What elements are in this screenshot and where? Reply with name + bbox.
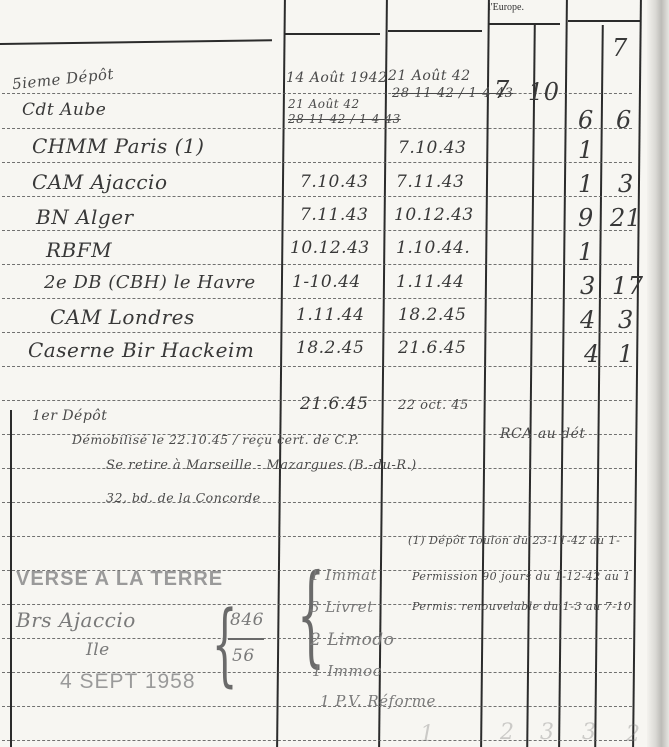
date-from: 21 Août 42 — [288, 97, 360, 111]
date-from: 1.11.44 — [296, 305, 364, 325]
unit-name: 2e DB (CBH) le Havre — [44, 272, 256, 293]
header-rule — [284, 33, 380, 35]
fraction-top: 846 — [230, 610, 264, 630]
demob-line: Démobilisé le 22.10.45 / reçu cert. de C… — [72, 432, 359, 447]
count-c4: 3 — [618, 306, 634, 334]
count-c3: 9 — [578, 204, 594, 232]
page-binding-shadow — [647, 0, 669, 747]
unit-name: Caserne Bir Hackeim — [28, 338, 254, 362]
unit-name: Cdt Aube — [22, 100, 106, 120]
row-line — [2, 706, 632, 707]
first-depot-label: 1er Dépôt — [32, 408, 107, 424]
date-to: 21 Août 42 — [388, 68, 471, 84]
first-depot-from: 21.6.45 — [300, 394, 368, 414]
date-from: 7.10.43 — [300, 172, 368, 192]
date-from: 18.2.45 — [296, 338, 364, 358]
count-c4: 6 — [616, 106, 632, 134]
count-c3: 1 — [578, 170, 594, 198]
date-to: 10.12.43 — [394, 205, 474, 225]
column-divider — [632, 0, 641, 747]
row-line — [2, 298, 632, 299]
first-depot-note: RCA au dét — [500, 426, 586, 442]
unit-name: 5ieme Dépôt — [11, 65, 114, 94]
address-line: Se retire à Marseille - Mazargues (B.-du… — [106, 458, 417, 473]
date-to: 1.10.44. — [396, 238, 470, 258]
count-c3: 4 — [584, 340, 600, 368]
row-line — [2, 502, 632, 503]
office-name: Brs Ajaccio — [16, 608, 136, 632]
count-c2: 10 — [528, 78, 560, 106]
faded-mark: 3 — [582, 720, 597, 745]
unit-name: CAM Londres — [50, 305, 195, 329]
unit-name: BN Alger — [36, 205, 134, 229]
header-rule — [488, 23, 560, 25]
count-c3: 3 — [580, 272, 596, 300]
row-line — [2, 264, 632, 265]
footnote: Permis. renouvelable du 1-3 au 7-10 — [412, 600, 631, 613]
register-page: l'Europe. 5ieme Dépôt Cdt Aube CHMM Pari… — [0, 0, 669, 747]
document-item: 2 Limodo — [310, 630, 394, 650]
office-sub: Ile — [86, 640, 110, 660]
faded-mark: 2 — [500, 720, 515, 745]
date-to: 18.2.45 — [398, 305, 466, 325]
address-street: 32, bd. de la Concorde — [106, 490, 261, 505]
count-c3: 1 — [578, 238, 594, 266]
document-item: 3 Livret — [310, 598, 374, 616]
count-c1: 7 — [494, 76, 510, 104]
document-item: 1 Immoc — [312, 662, 382, 680]
unit-name: RBFM — [46, 238, 112, 262]
header-rule — [388, 30, 482, 32]
row-line — [2, 162, 632, 163]
footnote: Permission 90 jours du 1-12-42 au 1 — [412, 570, 631, 583]
date-from: 28-11-42 / 1-4-43 — [288, 112, 401, 126]
first-depot-to: 22 oct. 45 — [398, 398, 469, 413]
row-line — [2, 196, 632, 197]
count-c4: 3 — [618, 170, 634, 198]
count-c4: 1 — [618, 340, 634, 368]
faded-mark: 2 — [626, 722, 641, 747]
column-divider — [276, 0, 285, 747]
count-c4: 7 — [612, 34, 628, 62]
archive-stamp: VERSE A LA TERRE — [16, 568, 223, 591]
row-line — [2, 366, 632, 367]
date-to: 7.10.43 — [398, 138, 466, 158]
count-c3: 1 — [578, 136, 594, 164]
faded-mark: 3 — [540, 720, 555, 745]
unit-name: CHMM Paris (1) — [32, 134, 204, 158]
count-c4: 21 — [610, 204, 642, 232]
left-brace: { — [212, 592, 238, 697]
document-item: 1 P.V. Réforme — [320, 692, 436, 710]
date-from: 10.12.43 — [290, 238, 370, 258]
count-c3: 4 — [580, 306, 596, 334]
date-from: 14 Août 1942 — [286, 70, 388, 86]
footnote: (1) Dépôt Toulon du 23-11-42 au 1- — [408, 534, 620, 547]
fraction-bottom: 56 — [232, 646, 255, 666]
header-rule — [0, 39, 272, 44]
date-to: 21.6.45 — [398, 338, 466, 358]
row-line — [2, 230, 632, 231]
date-from: 1-10.44 — [292, 272, 361, 292]
faded-mark: 1 — [420, 722, 435, 747]
column-divider — [558, 0, 567, 747]
date-to: 1.11.44 — [396, 272, 464, 292]
header-rule — [568, 20, 640, 22]
row-line — [2, 128, 632, 129]
document-item: 1 Immat — [310, 566, 377, 584]
column-header-europe: l'Europe. — [488, 2, 524, 13]
fraction-bar — [228, 638, 264, 640]
unit-name: CAM Ajaccio — [32, 170, 168, 194]
date-to: 7.11.43 — [396, 172, 464, 192]
count-c4: 17 — [612, 272, 644, 300]
column-divider — [480, 0, 489, 747]
count-c3: 6 — [578, 106, 594, 134]
row-line — [2, 332, 632, 333]
archive-stamp-date: 4 SEPT 1958 — [60, 670, 196, 694]
row-line — [2, 740, 632, 741]
date-from: 7.11.43 — [300, 205, 368, 225]
left-margin-line — [10, 410, 12, 747]
